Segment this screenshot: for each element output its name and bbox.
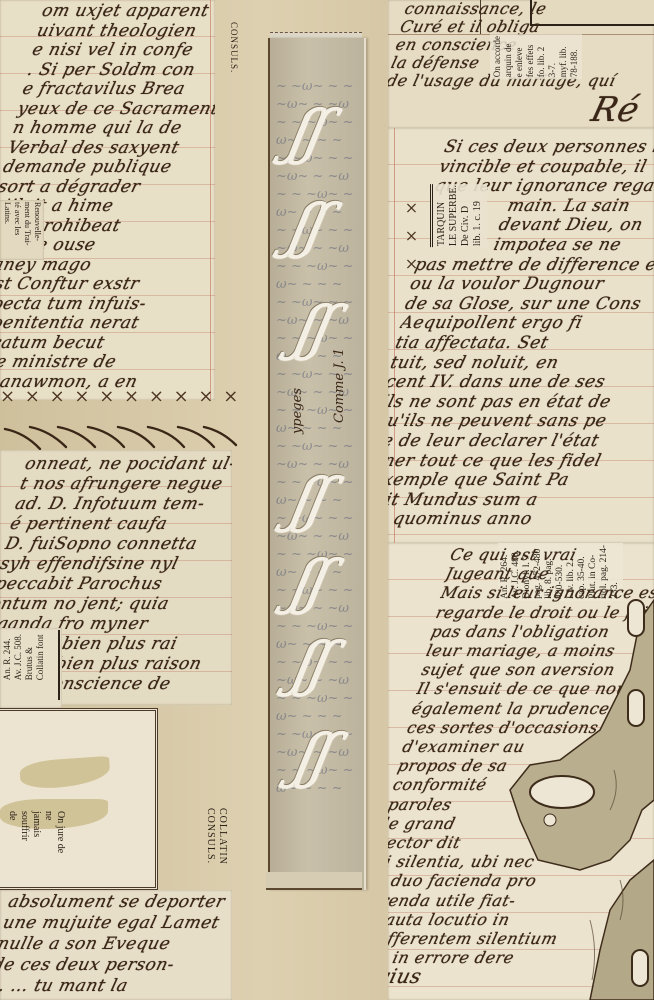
strip-ink-note: Comme J. 1 [332,348,347,423]
strip-ink-note: ypeges [290,388,305,434]
right-manuscript-top: connaissance, le Curé et il obliga en co… [388,0,654,128]
heading-re: Ré [588,92,654,128]
right-main-script: Si ces deux personnes ignor vincible et … [388,138,654,530]
embossed-paper-strip: ~ ~ω~ ~ ~~ω~ ~ ~ω~ ~ ~ω~ ~ω~ ~ ~ ~~ ~ω~ … [268,38,366,890]
left-bottom-script: absolument se deporter une mujuite egal … [0,892,232,997]
collatin-consuls-label: COLLATIN CONSULS. [204,808,228,865]
x-marks-right: × × × [402,198,421,275]
printed-fragment-on-accorde: On accorde arquin de e enleve fes effets… [490,34,582,79]
framed-print: On jure de ne jamais souffrir de [0,708,158,890]
left-top-script: om uxjet apparent uivant theologien e ni… [0,2,215,392]
left-manuscript-bottom: absolument se deporter une mujuite egal … [0,890,232,1000]
consuls-label-top: CONSULS. [229,22,239,73]
collage-artwork: om uxjet apparent uivant theologien e ni… [0,0,654,1000]
printed-fragment-brutus: An. R. 244. Av. J.C. 508. Brutus & Colla… [0,628,62,708]
strip-bottom-edge [266,872,362,890]
right-manuscript-main: Si ces deux personnes ignor vincible et … [388,128,654,543]
embossed-shape-upper [19,756,111,790]
torn-cutout-shape [490,560,654,1000]
printed-fragment-tarquin: TARQUIN LE SUPERBE. De Civ. D lib. 1. c.… [430,184,487,247]
frame-caption: On jure de ne jamais souffrir de [6,811,66,853]
diagonal-strokes [0,415,240,455]
x-marks-left: × × × × × × × × × × [0,386,240,407]
printed-fragment-renouvellement: Renouvelle- ment du Trai- té avec les La… [0,200,44,260]
